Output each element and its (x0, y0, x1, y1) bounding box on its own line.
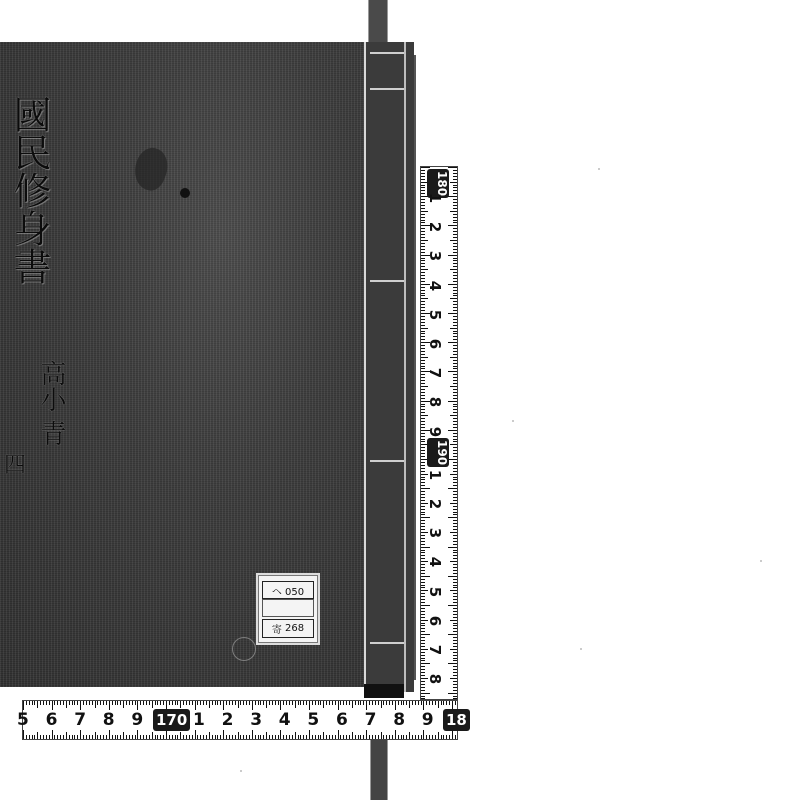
ruler-tick (40, 735, 41, 739)
ruler-tick (74, 735, 75, 739)
ruler-tick (450, 415, 457, 416)
volume-number: 四 (4, 448, 26, 479)
ruler-tick (450, 269, 457, 270)
ruler-tick (453, 567, 457, 568)
ruler-tick (421, 491, 425, 492)
ruler-tick (232, 735, 233, 739)
binding-stitch (370, 280, 406, 282)
ruler-tick (421, 500, 425, 501)
ruler-tick (23, 701, 24, 710)
ruler-tick (200, 735, 201, 739)
ruler-tick (421, 310, 425, 311)
ruler-tick (421, 214, 425, 215)
ruler-tick (160, 735, 161, 739)
ruler-tick (421, 199, 425, 200)
ruler-tick (421, 252, 425, 253)
ruler-tick (453, 520, 457, 521)
ruler-tick (332, 735, 333, 739)
ruler-tick (448, 517, 457, 518)
ruler-tick (318, 701, 319, 705)
ruler-tick (450, 561, 457, 562)
ruler-tick (421, 386, 428, 387)
ruler-tick (421, 173, 425, 174)
ruler-tick (448, 196, 457, 197)
ruler-tick (275, 735, 276, 739)
ruler-tick (260, 735, 261, 739)
ruler-tick (453, 506, 457, 507)
ruler-tick (243, 735, 244, 739)
ruler-tick (421, 643, 425, 644)
ruler-tick (453, 637, 457, 638)
ruler-tick (34, 701, 35, 705)
ruler-tick (289, 701, 290, 705)
ruler-tick (189, 701, 190, 705)
ruler-number: 6 (336, 710, 348, 730)
ruler-tick (372, 735, 373, 739)
ruler-tick (278, 701, 279, 705)
ruler-tick (453, 462, 457, 463)
ruler-tick (398, 735, 399, 739)
ruler-tick (453, 249, 457, 250)
ruler-tick (421, 488, 430, 489)
ruler-tick (421, 240, 428, 241)
ruler-tick (175, 701, 176, 705)
ruler-tick (453, 497, 457, 498)
ruler-tick (448, 576, 457, 577)
binding-stitch (370, 52, 406, 54)
label-blank-row (262, 599, 314, 617)
ruler-tick (453, 395, 457, 396)
ruler-tick (421, 202, 425, 203)
ruler-tick (453, 368, 457, 369)
ruler-number: 8 (426, 674, 444, 684)
ruler-tick (318, 735, 319, 739)
ruler-tick (352, 732, 353, 739)
ruler-tick (452, 730, 453, 739)
ruler-tick (421, 660, 425, 661)
ruler-tick (421, 544, 425, 545)
ruler-tick (323, 701, 324, 708)
ruler-tick (453, 351, 457, 352)
ruler-tick (358, 735, 359, 739)
ruler-tick (421, 220, 425, 221)
book-spine-binding (364, 42, 414, 692)
ruler-tick (320, 701, 321, 705)
ruler-tick (189, 735, 190, 739)
ruler-tick (421, 447, 425, 448)
ruler-tick (453, 681, 457, 682)
ruler-tick (453, 295, 457, 296)
ruler-tick (340, 701, 341, 705)
ruler-tick (209, 732, 210, 739)
ruler-tick (421, 404, 425, 405)
ruler-tick (69, 735, 70, 739)
ruler-tick (449, 701, 450, 705)
ruler-tick (448, 342, 457, 343)
ruler-tick (43, 701, 44, 705)
ruler-tick (29, 735, 30, 739)
ruler-tick (453, 526, 457, 527)
ruler-tick (415, 735, 416, 739)
ruler-tick (421, 482, 425, 483)
ruler-tick (453, 500, 457, 501)
ruler-tick (453, 252, 457, 253)
ruler-tick (421, 389, 425, 390)
ruler-tick (143, 735, 144, 739)
ruler-tick (421, 377, 425, 378)
ruler-tick (453, 363, 457, 364)
ruler-tick (332, 701, 333, 705)
ruler-tick (421, 655, 425, 656)
ruler-tick (137, 701, 138, 710)
ruler-tick (448, 605, 457, 606)
book-corner-shadow (364, 684, 404, 698)
ruler-tick (312, 735, 313, 739)
ruler-tick (360, 701, 361, 705)
ruler-tick (453, 593, 457, 594)
ruler-tick (395, 730, 396, 739)
scan-speck (760, 560, 762, 562)
ruler-tick (450, 444, 457, 445)
ruler-tick (249, 701, 250, 705)
ruler-tick (97, 735, 98, 739)
ruler-tick (453, 187, 457, 188)
ruler-tick (180, 701, 181, 708)
ruler-tick (450, 182, 457, 183)
ruler-tick (272, 735, 273, 739)
ruler-tick (453, 392, 457, 393)
ruler-tick (269, 701, 270, 705)
ruler-tick (115, 701, 116, 705)
ruler-number: 9 (422, 710, 434, 730)
ruler-tick (106, 735, 107, 739)
ruler-tick (421, 260, 425, 261)
ruler-tick (448, 167, 457, 168)
ruler-tick (421, 652, 425, 653)
ruler-tick (192, 701, 193, 705)
ruler-tick (429, 701, 430, 705)
ruler-tick (177, 701, 178, 705)
ruler-tick (453, 325, 457, 326)
ruler-tick (453, 570, 457, 571)
ruler-tick (186, 735, 187, 739)
ruler-tick (157, 701, 158, 705)
ruler-tick (132, 735, 133, 739)
ruler-tick (386, 735, 387, 739)
ruler-tick (453, 646, 457, 647)
ruler-tick (421, 427, 425, 428)
ruler-tick (429, 735, 430, 739)
ruler-tick (77, 735, 78, 739)
ruler-tick (453, 421, 457, 422)
ruler-tick (453, 301, 457, 302)
ruler-tick (60, 735, 61, 739)
ruler-tick (97, 701, 98, 705)
ruler-tick (421, 477, 425, 478)
ruler-tick (453, 389, 457, 390)
ruler-tick (421, 552, 425, 553)
ruler-tick (448, 459, 457, 460)
ruler-number: 5 (307, 710, 319, 730)
ruler-tick (453, 439, 457, 440)
ruler-tick (320, 735, 321, 739)
ruler-tick (421, 398, 425, 399)
ruler-tick (120, 701, 121, 705)
ruler-tick (450, 240, 457, 241)
ruler-tick (453, 669, 457, 670)
ruler-tick (453, 465, 457, 466)
ruler-tick (392, 701, 393, 705)
ruler-tick (421, 319, 425, 320)
ruler-tick (103, 735, 104, 739)
ruler-tick (448, 663, 457, 664)
ruler-tick (453, 406, 457, 407)
ruler-tick (86, 701, 87, 705)
ruler-tick (421, 675, 425, 676)
ruler-tick (103, 701, 104, 705)
ruler-tick (421, 415, 428, 416)
ruler-tick (453, 193, 457, 194)
ruler-tick (455, 735, 456, 739)
ruler-tick (421, 187, 425, 188)
ruler-tick (453, 617, 457, 618)
binding-stitch (370, 88, 406, 90)
ruler-tick (421, 424, 425, 425)
library-label: ヘ 050 寄 268 (256, 573, 320, 645)
ruler-tick (403, 735, 404, 739)
ruler-tick (295, 732, 296, 739)
ruler-tick (146, 735, 147, 739)
ruler-tick (46, 701, 47, 705)
ruler-tick (421, 701, 422, 705)
ruler-tick (453, 424, 457, 425)
ruler-tick (149, 701, 150, 705)
ruler-tick (363, 735, 364, 739)
ruler-tick (421, 631, 425, 632)
ruler-tick (453, 447, 457, 448)
ruler-tick (421, 272, 425, 273)
ruler-tick (421, 611, 425, 612)
ruler-tick (453, 611, 457, 612)
ruler-tick (315, 735, 316, 739)
ruler-tick (421, 228, 425, 229)
ruler-tick (453, 479, 457, 480)
ruler-tick (315, 701, 316, 705)
ruler-tick (453, 331, 457, 332)
ruler-tick (421, 640, 425, 641)
ruler-tick (109, 701, 110, 710)
ruler-tick (32, 735, 33, 739)
ruler-tick (421, 176, 425, 177)
ruler-tick (166, 730, 167, 739)
ruler-tick (421, 535, 425, 536)
ruler-tick (421, 412, 425, 413)
ruler-number: 1 (426, 470, 444, 480)
ruler-tick (453, 538, 457, 539)
ruler-tick (215, 701, 216, 705)
ruler-tick (272, 701, 273, 705)
ruler-tick (421, 246, 425, 247)
ruler-tick (421, 538, 425, 539)
ruler-tick (453, 243, 457, 244)
ruler-number: 6 (426, 339, 444, 349)
ruler-tick (453, 623, 457, 624)
ruler-tick (409, 732, 410, 739)
ruler-tick (421, 666, 425, 667)
ruler-tick (421, 658, 425, 659)
ruler-tick (306, 701, 307, 705)
ruler-number: 2 (426, 499, 444, 509)
ruler-tick (421, 436, 425, 437)
ruler-tick (421, 608, 425, 609)
ruler-tick (300, 735, 301, 739)
ruler-tick (40, 701, 41, 705)
ruler-tick (453, 316, 457, 317)
ruler-tick (338, 730, 339, 739)
ruler-tick (453, 231, 457, 232)
ruler-tick (453, 450, 457, 451)
ruler-tick (453, 666, 457, 667)
ruler-tick (421, 439, 425, 440)
ruler-tick (438, 732, 439, 739)
ruler-tick (26, 701, 27, 705)
ruler-tick (77, 701, 78, 705)
ruler-tick (421, 263, 425, 264)
ruler-tick (421, 339, 425, 340)
ruler-tick (446, 701, 447, 705)
ruler-tick (232, 701, 233, 705)
ruler-tick (453, 418, 457, 419)
ruler-tick (421, 690, 425, 691)
ruler-tick (450, 328, 457, 329)
ruler-tick (421, 293, 425, 294)
ruler-tick (421, 587, 425, 588)
ruler-tick (450, 474, 457, 475)
ruler-badge: 190 (427, 438, 449, 467)
ruler-tick (269, 735, 270, 739)
ruler-tick (421, 497, 425, 498)
ruler-number: 9 (131, 710, 143, 730)
ruler-tick (453, 643, 457, 644)
ruler-tick (421, 433, 425, 434)
ruler-tick (329, 701, 330, 705)
ruler-tick (421, 529, 425, 530)
ruler-tick (226, 701, 227, 705)
ruler-tick (421, 406, 425, 407)
ruler-tick (421, 258, 425, 259)
ruler-tick (86, 735, 87, 739)
ruler-tick (95, 701, 96, 708)
ruler-tick (453, 307, 457, 308)
ruler-tick (80, 701, 81, 710)
ruler-tick (446, 735, 447, 739)
ruler-tick (346, 701, 347, 705)
ruler-tick (255, 701, 256, 705)
ruler-tick (306, 735, 307, 739)
ruler-tick (172, 735, 173, 739)
ruler-tick (163, 735, 164, 739)
ruler-tick (238, 701, 239, 708)
ruler-tick (421, 322, 425, 323)
ruler-tick (421, 278, 425, 279)
ruler-tick (26, 735, 27, 739)
ruler-tick (453, 494, 457, 495)
ruler-tick (453, 491, 457, 492)
book-title: 國民修身書 (4, 95, 54, 285)
ruler-tick (252, 730, 253, 739)
ruler-tick (89, 701, 90, 705)
ruler-tick (421, 360, 425, 361)
ruler-tick (453, 222, 457, 223)
ruler-tick (389, 701, 390, 705)
ruler-tick (335, 701, 336, 705)
ruler-number: 3 (250, 710, 262, 730)
ruler-tick (52, 730, 53, 739)
ruler-tick (453, 281, 457, 282)
ruler-badge: 170 (153, 709, 190, 731)
ruler-tick (450, 678, 457, 679)
ruler-tick (132, 701, 133, 705)
ruler-tick (453, 585, 457, 586)
vertical-ruler: 18012345678919012345678 (420, 166, 458, 700)
ruler-tick (421, 409, 425, 410)
ruler-tick (421, 605, 430, 606)
ruler-tick (421, 558, 425, 559)
ruler-tick (197, 701, 198, 705)
ruler-tick (135, 701, 136, 705)
ruler-tick (203, 701, 204, 705)
ruler-number: 4 (279, 710, 291, 730)
ruler-tick (453, 214, 457, 215)
ruler-tick (217, 735, 218, 739)
ruler-tick (421, 234, 425, 235)
ruler-tick (66, 732, 67, 739)
ruler-tick (360, 735, 361, 739)
ruler-tick (421, 637, 425, 638)
ruler-tick (421, 275, 425, 276)
ruler-tick (421, 325, 425, 326)
ruler-tick (453, 319, 457, 320)
ruler-tick (300, 701, 301, 705)
ruler-tick (363, 701, 364, 705)
ruler-tick (80, 730, 81, 739)
ruler-tick (112, 735, 113, 739)
ruler-tick (415, 701, 416, 705)
ruler-tick (303, 735, 304, 739)
ruler-tick (346, 735, 347, 739)
ruler-tick (263, 735, 264, 739)
ruler-tick (343, 735, 344, 739)
ruler-tick (100, 735, 101, 739)
ruler-tick (298, 735, 299, 739)
ruler-tick (143, 701, 144, 705)
ruler-tick (421, 509, 425, 510)
ruler-tick (453, 453, 457, 454)
ruler-tick (421, 564, 425, 565)
ruler-tick (160, 701, 161, 705)
ruler-tick (453, 684, 457, 685)
ruler-tick (63, 701, 64, 705)
ruler-tick (421, 555, 425, 556)
ruler-tick (401, 735, 402, 739)
ruler-tick (69, 701, 70, 705)
ruler-tick (421, 179, 425, 180)
ruler-tick (448, 371, 457, 372)
ruler-tick (453, 345, 457, 346)
ruler-tick (421, 623, 425, 624)
ruler-tick (448, 313, 457, 314)
ruler-tick (441, 701, 442, 705)
